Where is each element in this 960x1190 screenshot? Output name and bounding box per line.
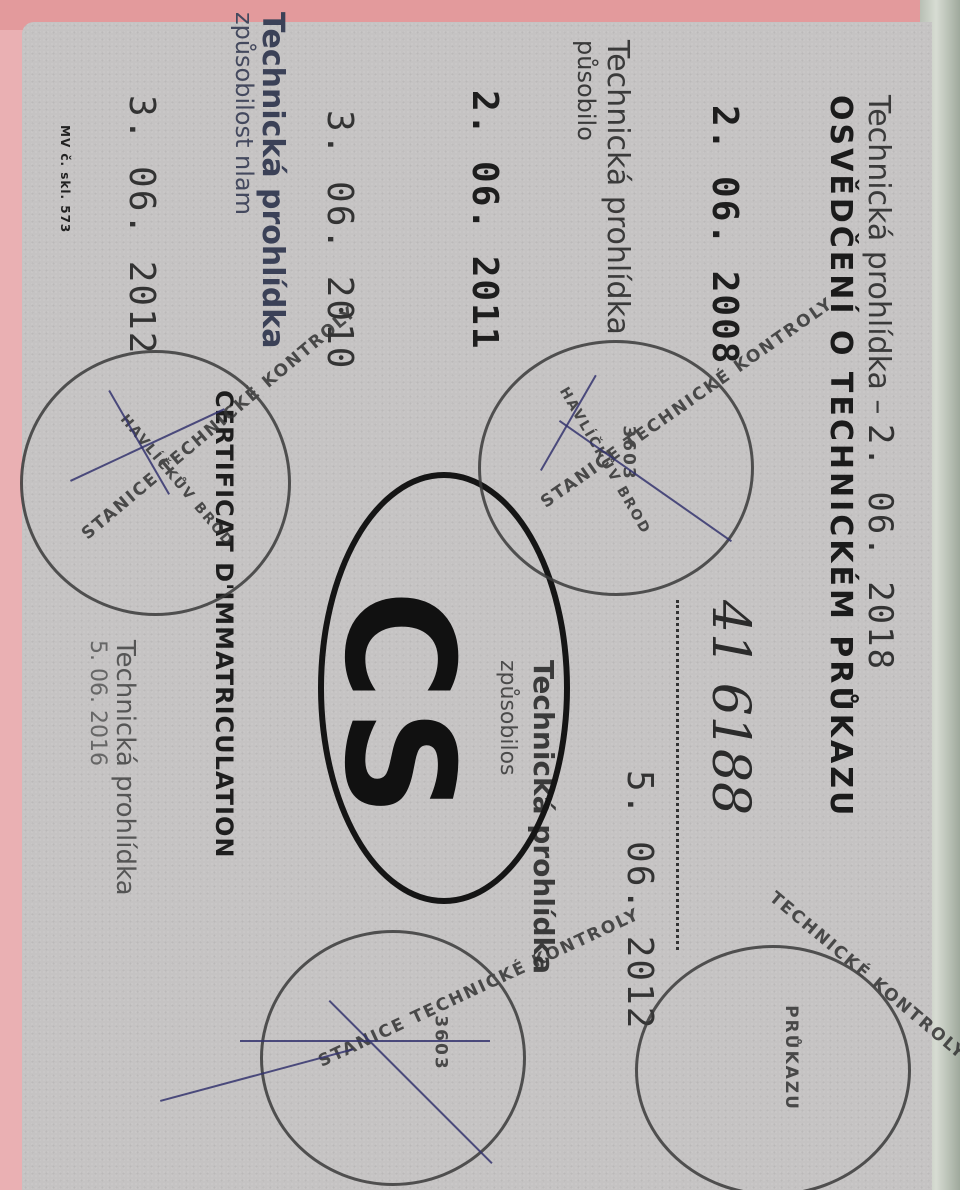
inspection-subline-2: působilo bbox=[572, 40, 600, 141]
dotted-line bbox=[676, 600, 679, 950]
date-2008: 2. 06. 2008 bbox=[704, 105, 745, 365]
date-2012-b: 5. 06. 2012 bbox=[619, 770, 660, 1030]
stamp-stk-1: STANICE TECHNICKÉ KONTROLY 3603 HAVLÍČKŮ… bbox=[478, 340, 754, 596]
inspection-line-7: Technická prohlídka bbox=[110, 640, 140, 896]
country-code: CS bbox=[311, 590, 485, 823]
stamp-stk-2: STANICE TECHNICKÉ KONTROLY HAVLÍČKŮV BRO… bbox=[20, 350, 291, 616]
date-2012-a: 3. 06. 2012 bbox=[121, 95, 162, 355]
stamp-stk-3: STANICE TECHNICKÉ KONTROLY 3603 bbox=[260, 930, 526, 1186]
inspection-line-5: Technická prohlídka bbox=[255, 12, 290, 349]
form-reference: MV č. skl. 573 bbox=[58, 125, 72, 233]
stamp-stk-4: TECHNICKÉ KONTROLY ČR PRŮKAZU bbox=[635, 945, 911, 1190]
pen-mark bbox=[240, 1040, 490, 1042]
document-title: OSVĚDČENÍ O TECHNICKÉM PRŮKAZU bbox=[823, 95, 858, 818]
handwritten-number: 41 6188 bbox=[700, 600, 760, 815]
inspection-line-2: Technická prohlídka bbox=[600, 40, 635, 335]
inspection-subline-5: způsobilost nlam bbox=[230, 12, 258, 215]
inspection-date-7: 5. 06. 2016 bbox=[85, 640, 110, 766]
date-2011: 2. 06. 2011 bbox=[464, 90, 505, 350]
inspection-line-1: Technická prohlídka – 2. 06. 2018 bbox=[860, 95, 900, 671]
